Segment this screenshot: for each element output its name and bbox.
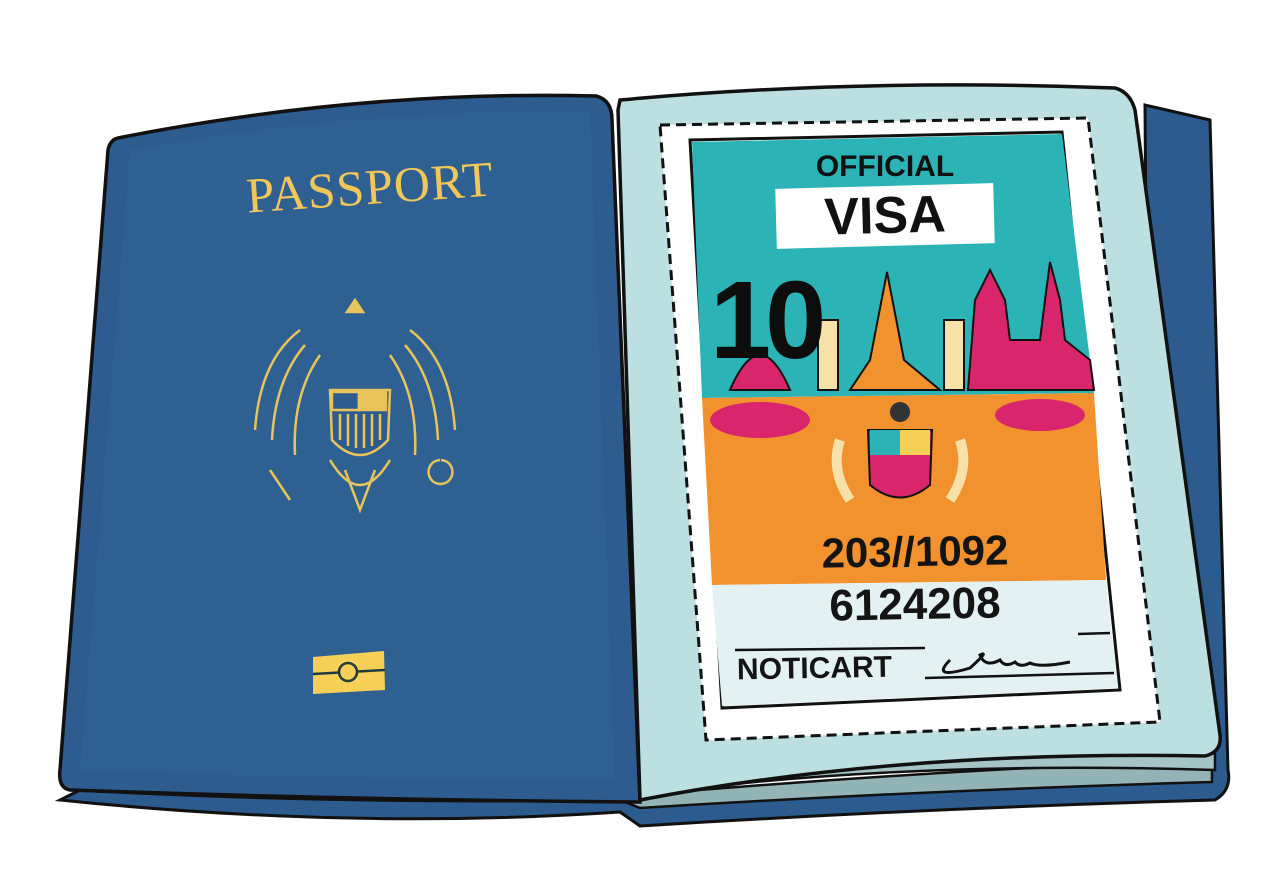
- biometric-chip-icon: [313, 651, 385, 694]
- visa-reference-number: 203//1092: [730, 525, 1101, 579]
- passport-drawing: [0, 0, 1280, 896]
- passport-illustration: PASSPORT OFFICIAL VISA 10 203//1092 6124…: [0, 0, 1280, 896]
- visa-title: VISA: [824, 184, 947, 247]
- visa-serial-number: 6124208: [730, 577, 1101, 633]
- visa-big-number: 10: [710, 266, 820, 376]
- visa-header: OFFICIAL: [790, 150, 980, 184]
- visa-title-box: VISA: [775, 183, 994, 249]
- signature-label: NOTICART: [737, 651, 893, 688]
